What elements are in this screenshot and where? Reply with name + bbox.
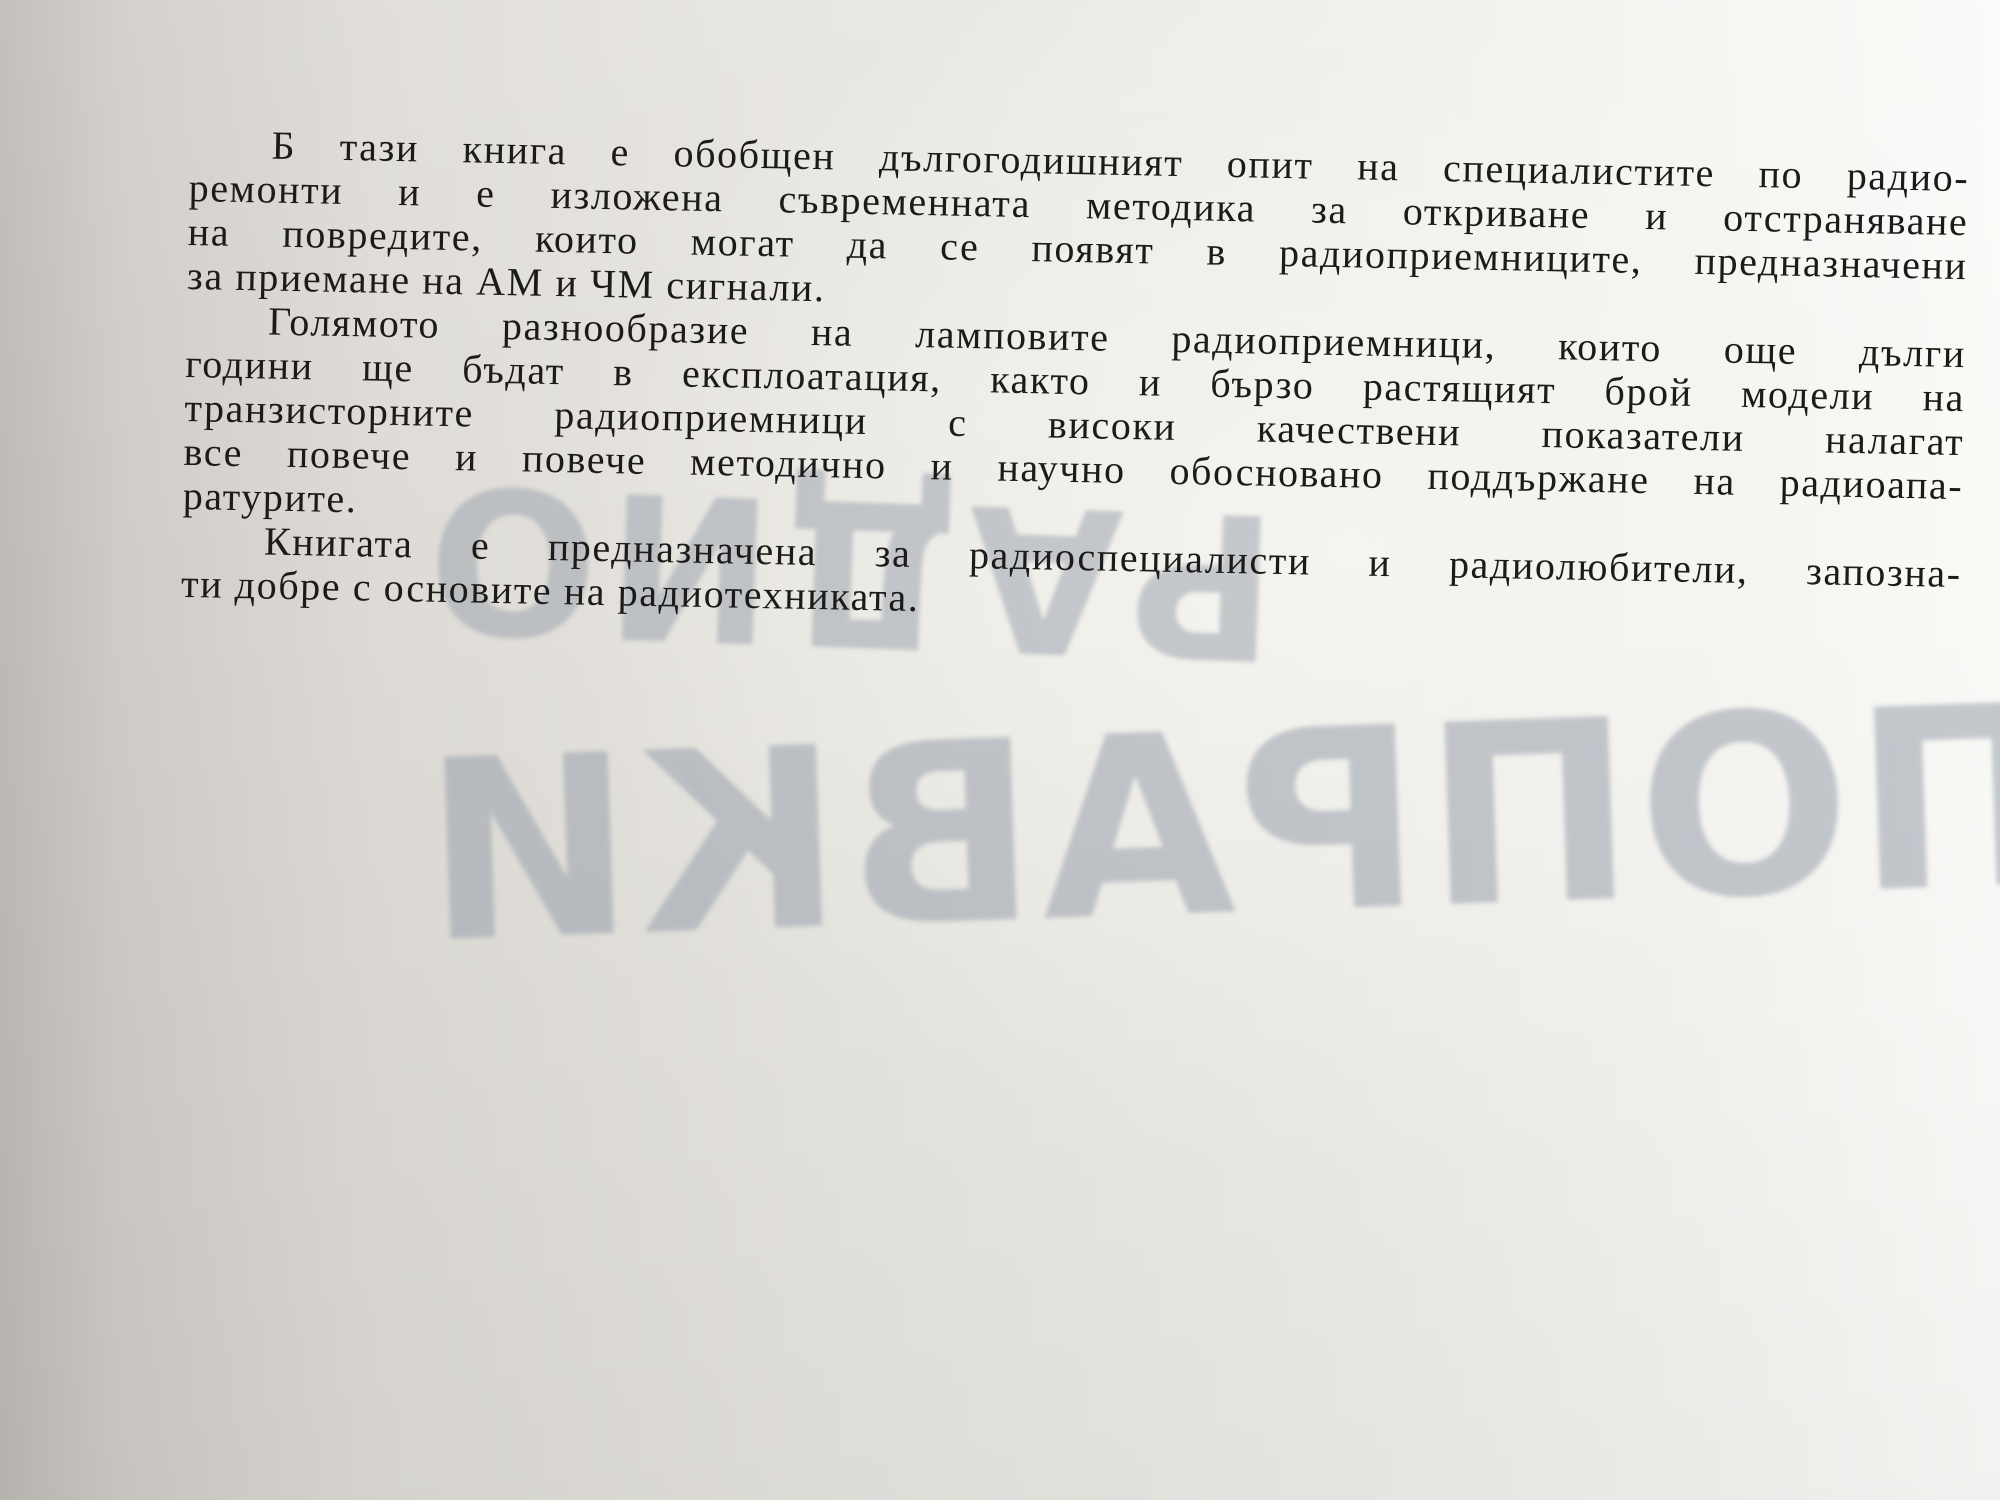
annotation-text: Б тази книга е обобщен дългогодишният оп…	[181, 122, 1970, 640]
paragraph-1: Б тази книга е обобщен дългогодишният оп…	[187, 122, 1970, 332]
paragraph-2: Голямото разнообразие на ламповите радио…	[182, 298, 1966, 552]
